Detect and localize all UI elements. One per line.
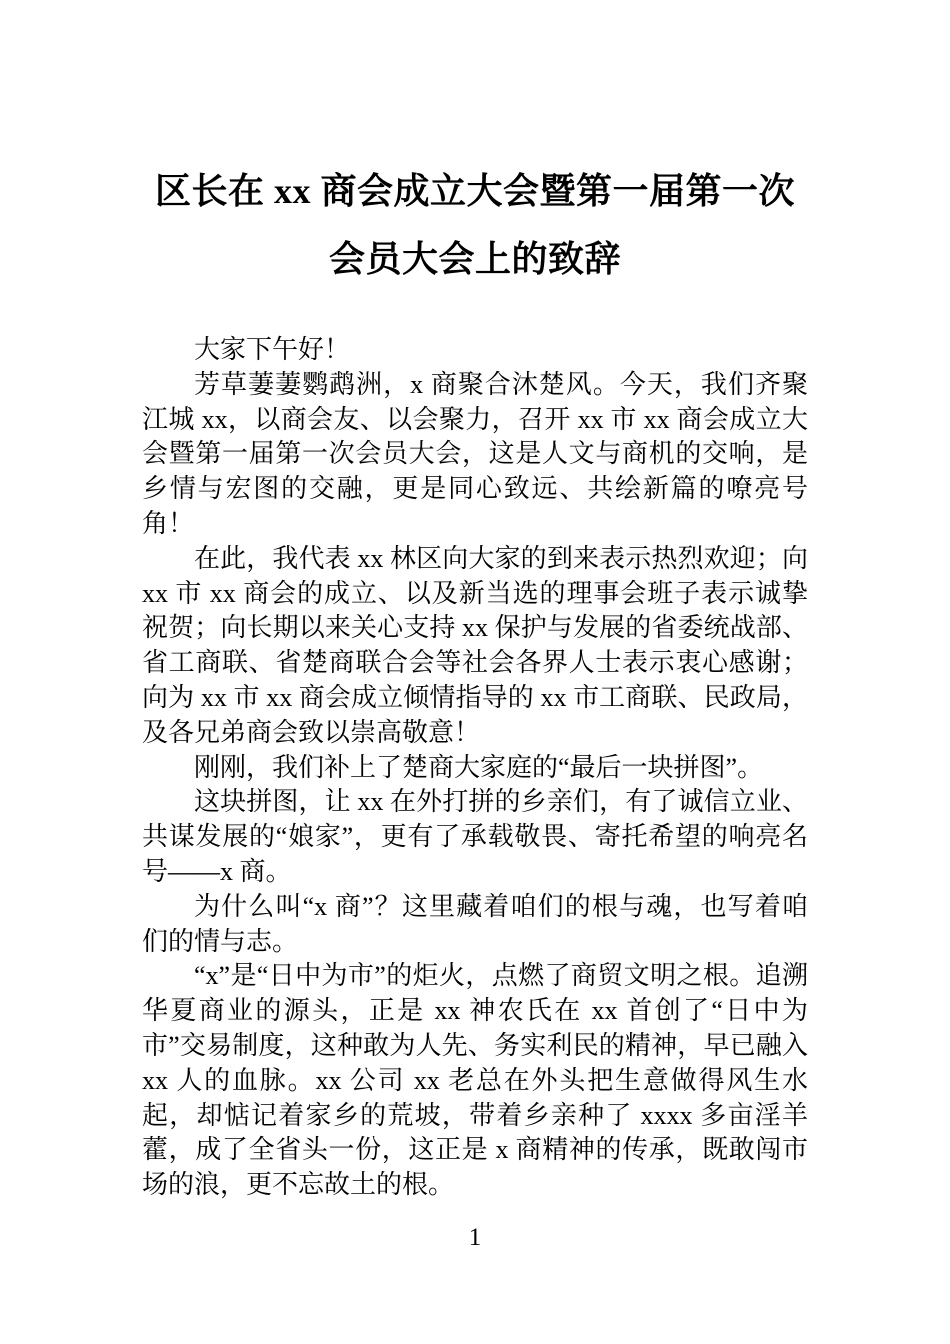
paragraph: “x”是“日中为市”的炬火，点燃了商贸文明之根。追溯华夏商业的源头，正是 xx … xyxy=(142,959,808,1203)
paragraph: 这块拼图，让 xx 在外打拼的乡亲们，有了诚信立业、共谋发展的“娘家”，更有了承… xyxy=(142,785,808,889)
paragraph: 大家下午好！ xyxy=(142,333,808,368)
paragraph: 为什么叫“x 商”？这里藏着咱们的根与魂，也写着咱们的情与志。 xyxy=(142,890,808,960)
document-title: 区长在 xx 商会成立大会暨第一届第一次会员大会上的致辞 xyxy=(142,157,808,293)
paragraph: 在此，我代表 xx 林区向大家的到来表示热烈欢迎；向 xx 市 xx 商会的成立… xyxy=(142,542,808,751)
document-page: 区长在 xx 商会成立大会暨第一届第一次会员大会上的致辞 大家下午好！芳草萋萋鹦… xyxy=(0,0,950,1344)
paragraph: 芳草萋萋鹦鹉洲，x 商聚合沐楚风。今天，我们齐聚江城 xx，以商会友、以会聚力，… xyxy=(142,368,808,542)
page-number: 1 xyxy=(142,1223,808,1253)
document-body: 大家下午好！芳草萋萋鹦鹉洲，x 商聚合沐楚风。今天，我们齐聚江城 xx，以商会友… xyxy=(142,333,808,1203)
paragraph: 刚刚，我们补上了楚商大家庭的“最后一块拼图”。 xyxy=(142,751,808,786)
